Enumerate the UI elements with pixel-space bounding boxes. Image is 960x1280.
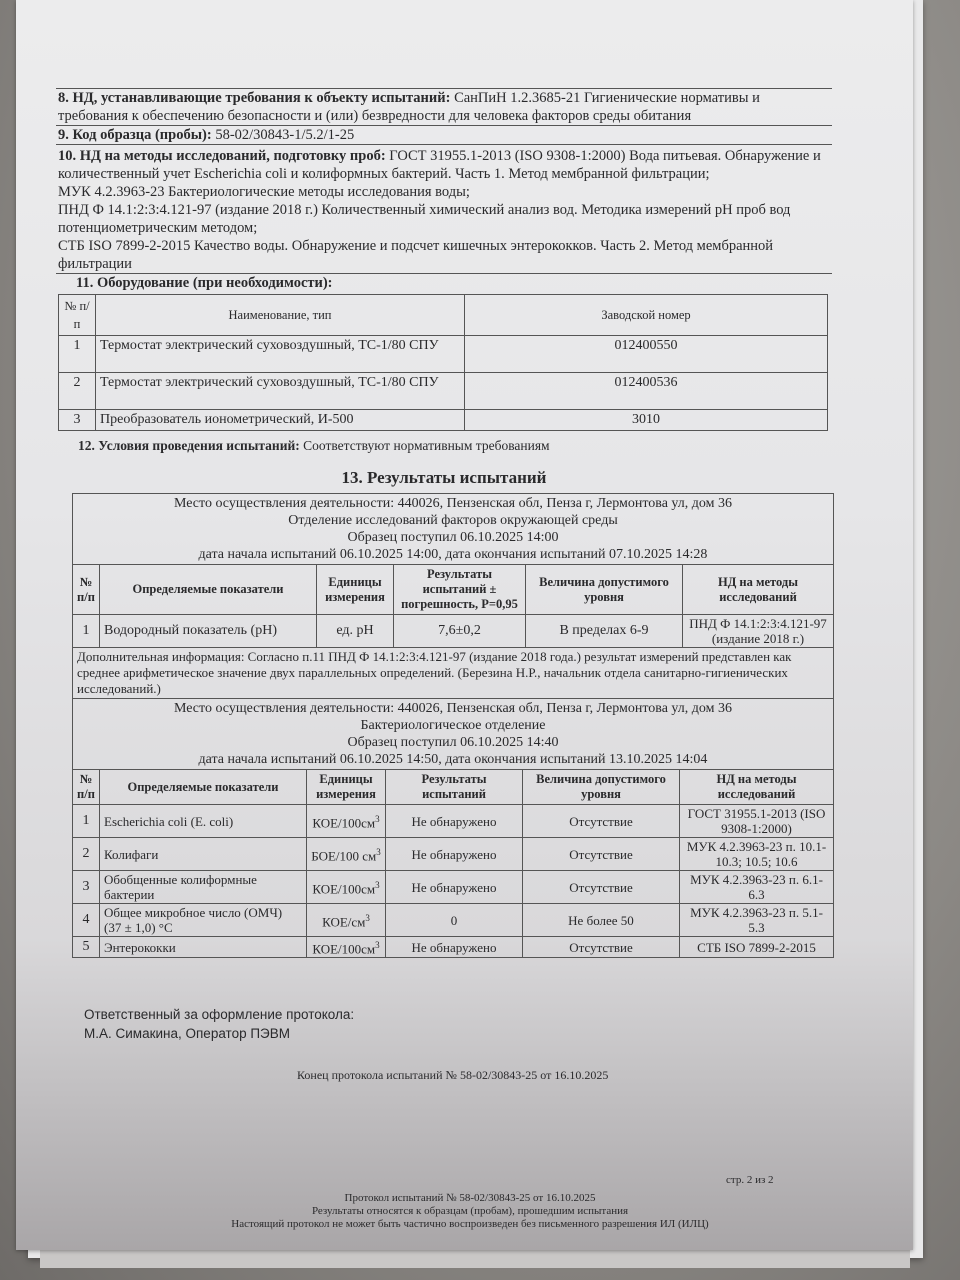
department: Отделение исследований факторов окружающ… [77,512,829,529]
location: Место осуществления деятельности: 440026… [77,700,829,717]
block-header: Место осуществления деятельности: 440026… [73,494,834,565]
results-title: 13. Результаты испытаний [56,469,832,487]
results-table-bacteriology: Место осуществления деятельности: 440026… [72,698,834,958]
method-3: ПНД Ф 14.1:2:3:4.121-97 (издание 2018 г.… [58,202,790,236]
test-dates: дата начала испытаний 06.10.2025 14:00, … [77,546,829,563]
footer-scope: Результаты относятся к образцам (пробам)… [190,1205,750,1218]
section-8-label: 8. НД, устанавливающие требования к объе… [58,90,450,106]
col-serial: Заводской номер [465,295,828,336]
col-name: Наименование, тип [96,295,465,336]
page-footer: Протокол испытаний № 58-02/30843-25 от 1… [190,1192,750,1231]
results-header-row: № п/п Определяемые показатели Единицы из… [73,770,834,805]
section-8: 8. НД, устанавливающие требования к объе… [56,89,832,126]
department: Бактериологическое отделение [77,717,829,734]
document-content: 8. НД, устанавливающие требования к объе… [56,88,832,958]
signoff: Ответственный за оформление протокола: М… [84,1005,354,1043]
section-12-label: 12. Условия проведения испытаний: [78,438,300,453]
section-10: 10. НД на методы исследований, подготовк… [56,147,832,274]
table-row: 2 Термостат электрический суховоздушный,… [59,373,828,410]
table-row: 4 Общее микробное число (ОМЧ) (37 ± 1,0)… [73,904,834,937]
location: Место осуществления деятельности: 440026… [77,495,829,512]
footer-restriction: Настоящий протокол не может быть частичн… [190,1218,750,1231]
signoff-label: Ответственный за оформление протокола: [84,1005,354,1024]
additional-info: Дополнительная информация: Согласно п.11… [73,648,834,699]
results-table-chemistry: Место осуществления деятельности: 440026… [72,493,834,699]
section-12: 12. Условия проведения испытаний: Соотве… [56,437,832,455]
method-4: СТБ ISO 7899-2-2015 Качество воды. Обнар… [58,238,773,272]
document-page: 8. НД, устанавливающие требования к объе… [16,0,913,1250]
underlying-sheet-edge [40,1250,910,1268]
sample-code: 58-02/30843-1/5.2/1-25 [215,127,354,143]
table-row: 1 Термостат электрический суховоздушный,… [59,336,828,373]
end-of-protocol-note: Конец протокола испытаний № 58-02/30843-… [297,1068,608,1083]
section-10-label: 10. НД на методы исследований, подготовк… [58,148,386,164]
additional-info-row: Дополнительная информация: Согласно п.11… [73,648,834,699]
table-row: 1 Водородный показатель (pH) ед. pH 7,6±… [73,615,834,648]
table-row: 3 Преобразователь ионометрический, И-500… [59,410,828,431]
section-9: 9. Код образца (пробы): 58-02/30843-1/5.… [56,126,832,145]
received: Образец поступил 06.10.2025 14:40 [77,734,829,751]
table-row: 3 Обобщенные колиформные бактерии КОЕ/10… [73,871,834,904]
section-9-label: 9. Код образца (пробы): [58,127,212,143]
results-header-row: № п/п Определяемые показатели Единицы из… [73,565,834,615]
equipment-header-row: № п/п Наименование, тип Заводской номер [59,295,828,336]
footer-protocol: Протокол испытаний № 58-02/30843-25 от 1… [190,1192,750,1205]
test-dates: дата начала испытаний 06.10.2025 14:50, … [77,751,829,768]
signoff-person: М.А. Симакина, Оператор ПЭВМ [84,1024,354,1043]
section-11-label: 11. Оборудование (при необходимости): [56,274,832,292]
table-row: 2 Колифаги БОЕ/100 см3 Не обнаружено Отс… [73,838,834,871]
method-2: МУК 4.2.3963-23 Бактериологические метод… [58,184,470,200]
table-row: 5 Энтерококки КОЕ/100см3 Не обнаружено О… [73,937,834,958]
col-number: № п/п [59,295,96,336]
received: Образец поступил 06.10.2025 14:00 [77,529,829,546]
table-row: 1 Escherichia coli (E. coli) КОЕ/100см3 … [73,805,834,838]
block-header: Место осуществления деятельности: 440026… [73,699,834,770]
section-12-text: Соответствуют нормативным требованиям [303,438,549,453]
equipment-table: № п/п Наименование, тип Заводской номер … [58,294,828,431]
page-number: стр. 2 из 2 [726,1174,774,1186]
